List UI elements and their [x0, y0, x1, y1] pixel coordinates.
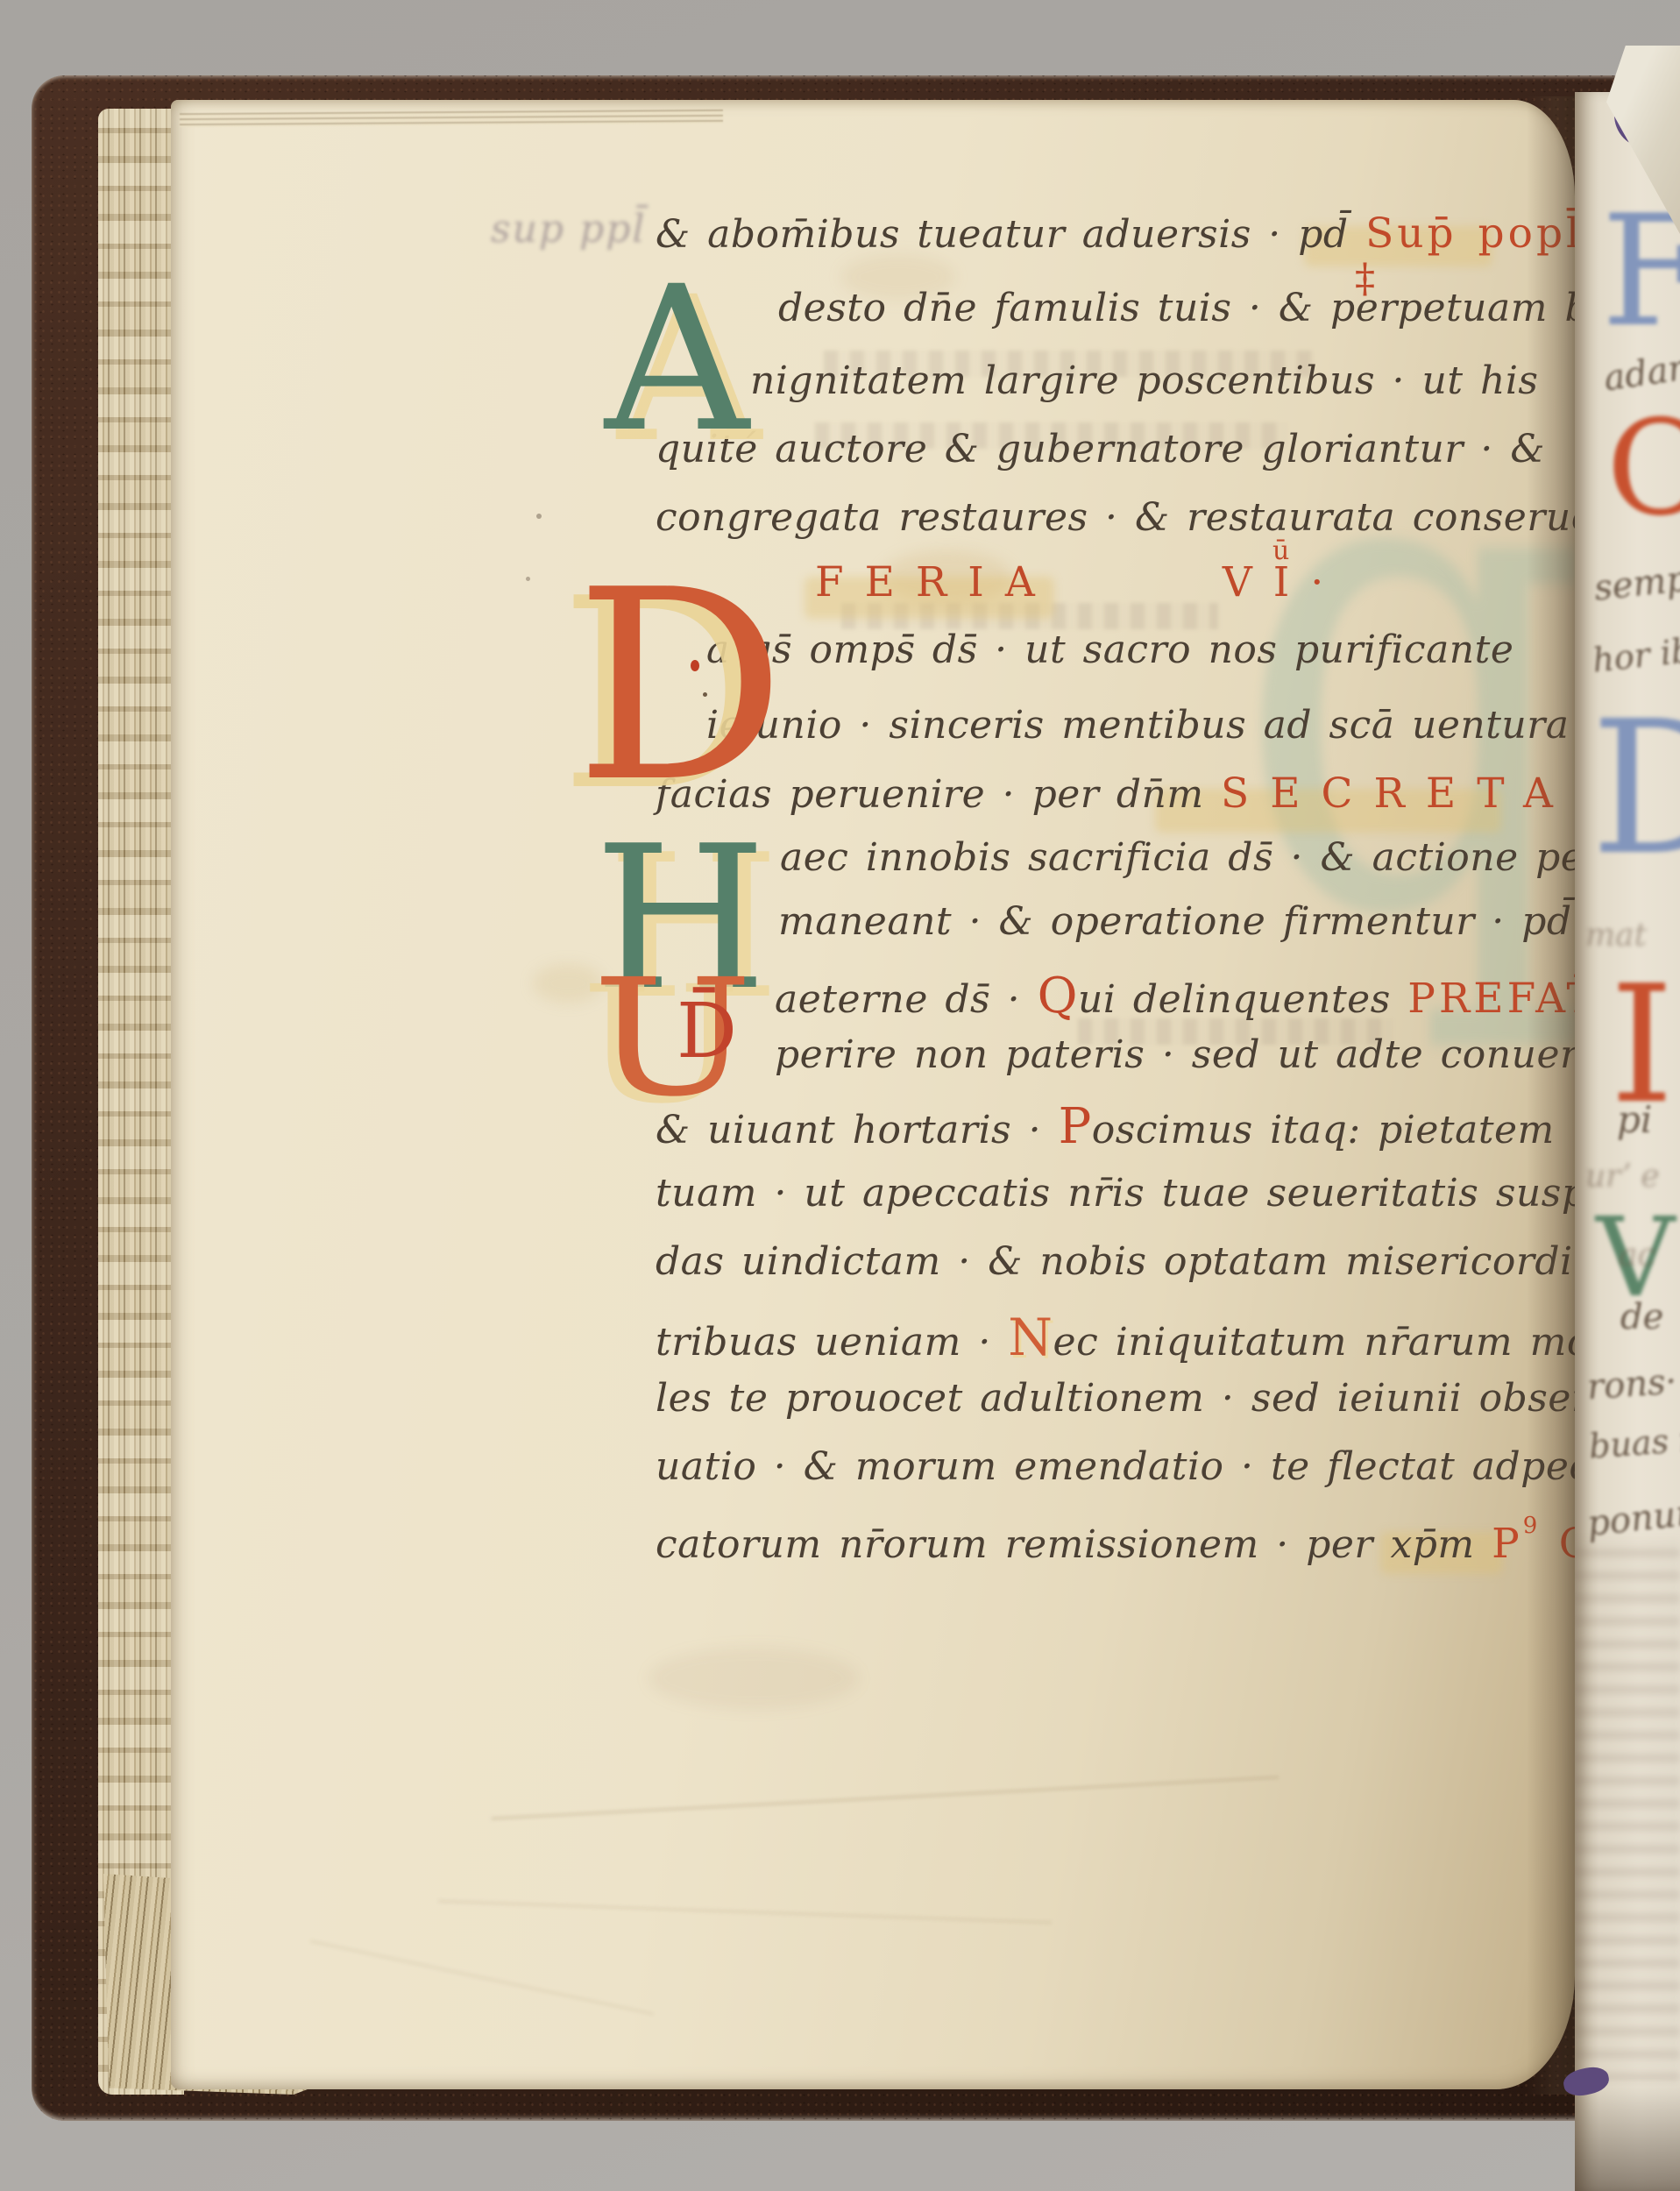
decorated-initial-D: D	[575, 556, 786, 819]
segment-ink: catorum nr̄orum remissionem · per xp̄m	[656, 1522, 1492, 1567]
segment-ink: uatio · & morum emendatio · te flectat a…	[656, 1444, 1575, 1489]
decorated-initial-A: A	[605, 259, 749, 459]
segment-ink: ieiunio · sinceris mentibus ad scā uentu…	[706, 703, 1569, 748]
segment-ink: maneant · & operatione firmentur · pd̄	[778, 899, 1572, 944]
manuscript-photograph: q sup ppl̄ & abom̄ibus tueatur aduersis …	[0, 0, 1680, 2191]
facing-page-fragment: hor ibm̄	[1591, 630, 1680, 677]
facing-page-fragment: pi	[1617, 1102, 1652, 1138]
ink-dot	[526, 577, 530, 581]
script-line-16: das uindictam · & nobis optatam miserico…	[656, 1239, 1575, 1316]
segment-ink: quité auctore & gubernatore gloriantur ·…	[656, 427, 1545, 472]
facing-page-fragment: mat	[1585, 920, 1647, 952]
segment-ink: aec innobis sacrificia ds̄ · & actione p…	[780, 835, 1575, 880]
script-line-15: tuam · ut apeccatis nr̄is tuae seueritat…	[656, 1171, 1575, 1248]
script-line-3: nignitatem largire poscentibus · ut his	[750, 358, 1539, 436]
script-line-1: & abom̄ibus tueatur aduersis · pd̄ Sup̄ …	[656, 209, 1575, 287]
facing-page-edge: FadamOsempehor ibm̄DmatIpiurʼ eVacderons…	[1575, 92, 1680, 2191]
segment-rubric-heading: FERIA	[815, 558, 1056, 606]
parchment-stain	[649, 1648, 859, 1709]
segment-ink: aeterne ds̄ ·	[775, 977, 1038, 1022]
parchment-crease	[310, 1939, 654, 2015]
rubric-flourish: ‡	[1355, 258, 1375, 298]
script-line-18: les te prouocet adultionem · sed ieiunii…	[656, 1376, 1575, 1453]
script-line-4: quité auctore & gubernatore gloriantur ·…	[656, 427, 1545, 504]
segment-ink: a qs̄ omps̄ ds̄ · ut sacro nos purifican…	[706, 628, 1513, 672]
segment-ink: perire non pateris · sed ut adte conuert…	[775, 1032, 1575, 1077]
segment-rubric-heading: SECRETA	[1221, 769, 1574, 818]
segment-ink: das uindictam · & nobis optatam miserico…	[656, 1239, 1575, 1284]
segment-ink: nignitatem largire poscentibus · ut his	[750, 358, 1539, 403]
script-line-17: tribuas ueniam · Nec iniquitatum nr̄arum…	[656, 1308, 1575, 1385]
segment-ink: ec iniquitatum nr̄arum mo	[1053, 1320, 1575, 1365]
script-line-19: uatio · & morum emendatio · te flectat a…	[656, 1444, 1575, 1521]
facing-page-fragment: urʼ e	[1585, 1161, 1660, 1193]
segment-ink: oscimus itaq: pietatem	[1092, 1108, 1555, 1152]
segment-ink: ui delinquentes	[1078, 977, 1407, 1022]
facing-page-fragment: O	[1606, 403, 1680, 535]
segment-ink: desto dn̄e famulis tuis · & perpetuam be…	[778, 286, 1575, 330]
ink-dot	[536, 514, 542, 519]
script-line-20: catorum nr̄orum remissionem · per xp̄m P…	[656, 1513, 1575, 1590]
segment-red-cap-filled: N	[1008, 1308, 1053, 1367]
facing-page-fragment: rons·	[1586, 1364, 1678, 1405]
facing-page-fragment: ac	[1619, 1240, 1655, 1272]
gutter-shadow	[1527, 96, 1577, 2095]
segment-rubric: P	[1492, 1520, 1523, 1568]
segment-ink: & abom̄ibus tueatur aduersis · pd̄	[656, 212, 1365, 257]
segment-red-cap: P	[1059, 1098, 1092, 1155]
segment-ink: tuam · ut apeccatis nr̄is tuae seueritat…	[656, 1171, 1575, 1216]
manuscript-page-verso: q sup ppl̄ & abom̄ibus tueatur aduersis …	[171, 100, 1575, 2089]
script-line-11: maneant · & operatione firmentur · pd̄	[778, 899, 1572, 976]
facing-page-fragment: buas ie	[1588, 1422, 1680, 1464]
facing-page-fragment: de	[1620, 1300, 1663, 1335]
facing-page-fragment: F	[1601, 195, 1680, 349]
parchment-crease	[492, 1776, 1279, 1819]
facing-page-bottom-shadow	[1575, 2081, 1680, 2191]
parchment-crease	[438, 1900, 1052, 1924]
facing-page-blur	[1575, 1538, 1680, 2081]
segment-ink: les te prouocet adultionem · sed ieiunii…	[656, 1376, 1575, 1421]
leaf-top-edges	[180, 110, 723, 127]
facing-page-fragment: sempe	[1592, 559, 1680, 606]
vere-dignum-monogram-D: D̄	[677, 994, 737, 1069]
facing-page-fragment: D	[1591, 697, 1680, 881]
script-line-6: FERIAVI·	[815, 558, 1344, 635]
script-line-14: & uiuant hortaris · Poscimus itaq: pieta…	[656, 1098, 1555, 1175]
abbreviation-mark: ū	[1272, 538, 1289, 564]
facing-page-fragment: ponur	[1585, 1496, 1680, 1542]
segment-ink: tribuas ueniam ·	[656, 1320, 1008, 1365]
segment-red-cap: Q	[1038, 968, 1078, 1025]
script-line-2: desto dn̄e famulis tuis · & perpetuam be…	[778, 286, 1575, 363]
segment-ink: congregata restaures · & restaurata cons…	[656, 495, 1575, 540]
script-line-7: a qs̄ omps̄ ds̄ · ut sacro nos purifican…	[706, 628, 1513, 705]
script-line-8: ieiunio · sinceris mentibus ad scā uentu…	[706, 703, 1569, 780]
